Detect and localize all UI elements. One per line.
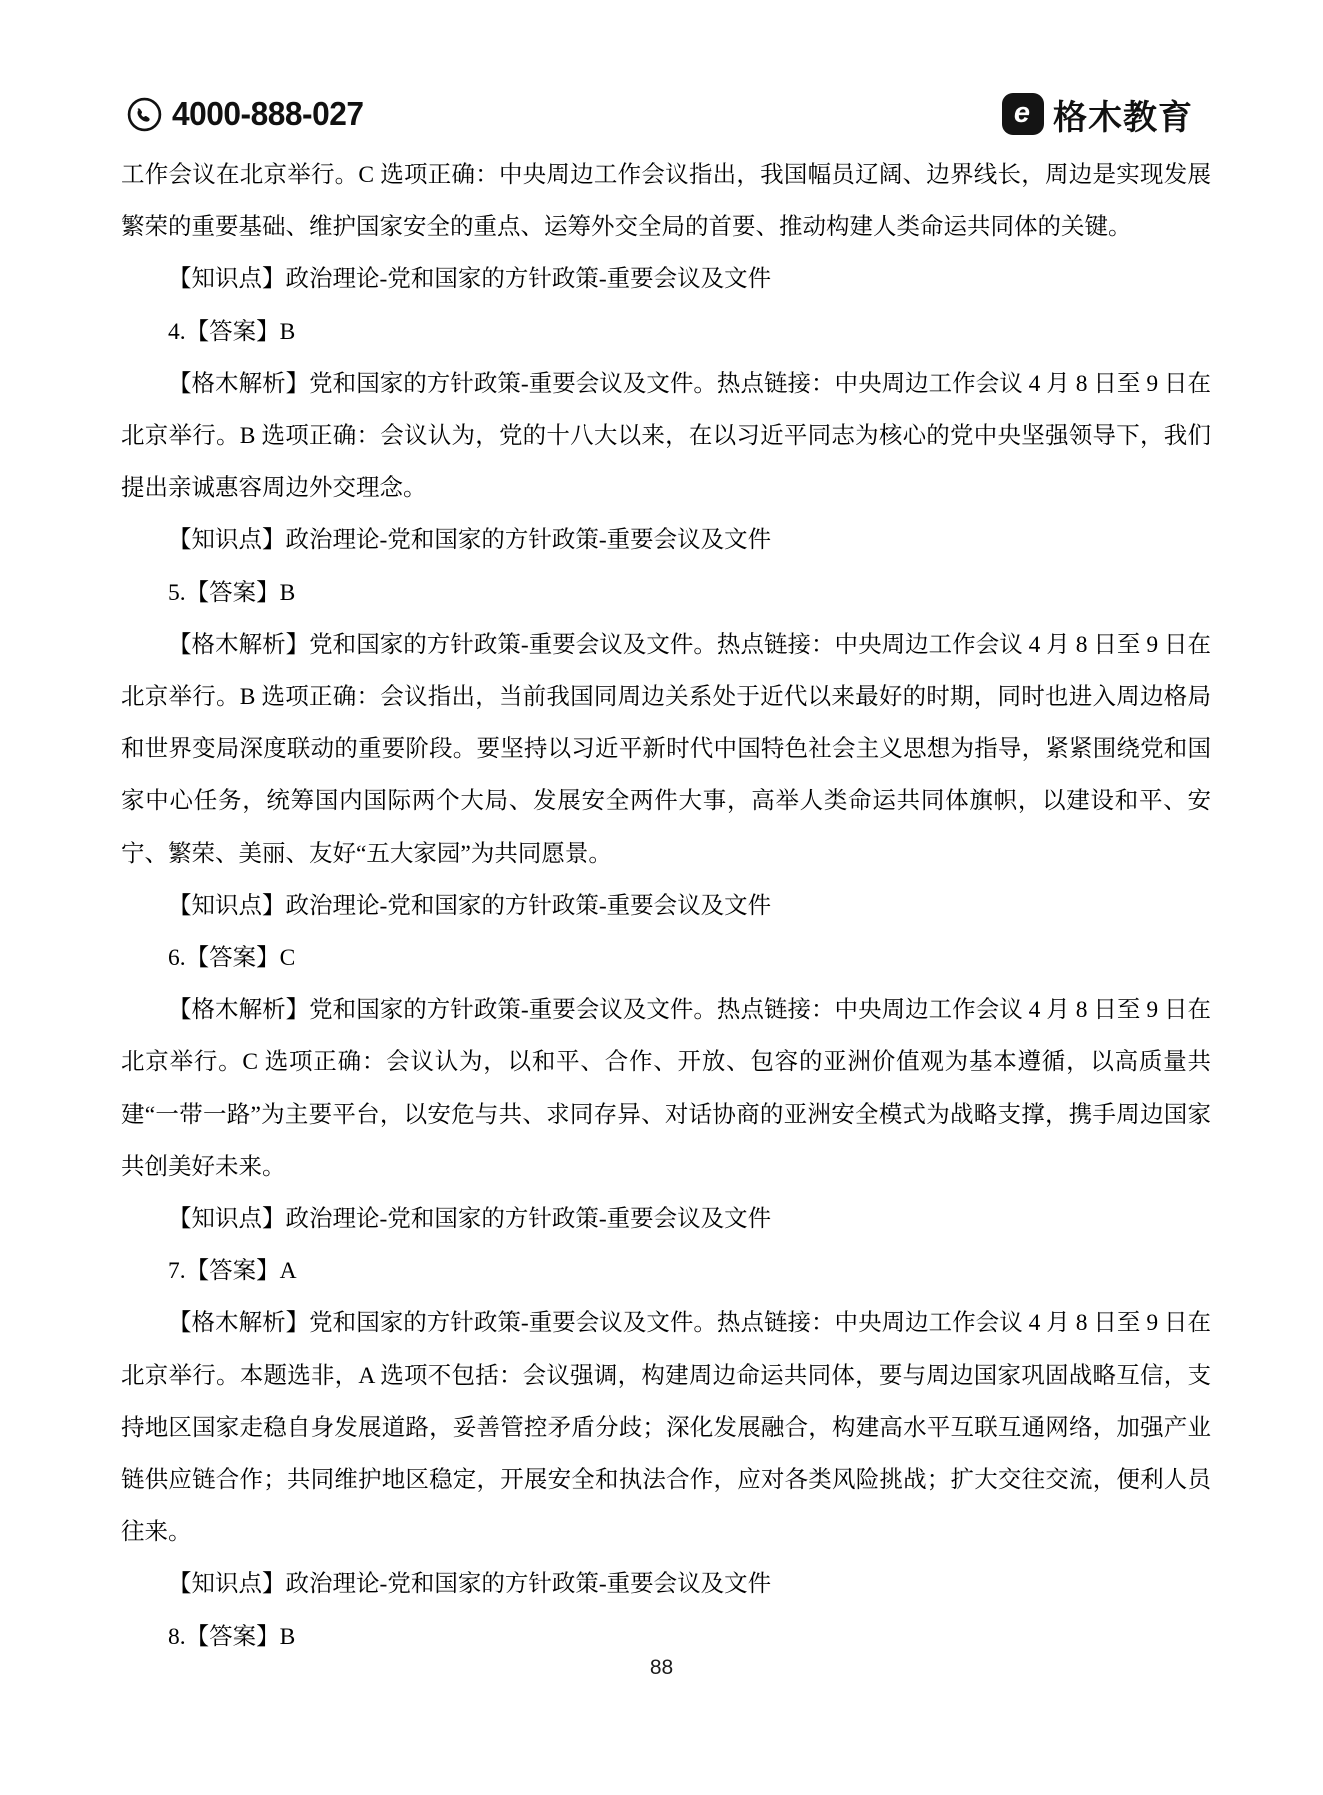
paragraph-knowledge-point: 【知识点】政治理论-党和国家的方针政策-重要会议及文件 [121, 1558, 1211, 1610]
paragraph-answer-7: 7.【答案】A [121, 1245, 1211, 1297]
document-page: 4000-888-027 e 格木教育 工作会议在北京举行。C 选项正确：中央周… [0, 0, 1323, 1795]
paragraph-knowledge-point: 【知识点】政治理论-党和国家的方针政策-重要会议及文件 [121, 1193, 1211, 1245]
paragraph-answer-4: 4.【答案】B [121, 306, 1211, 358]
paragraph-continuation: 工作会议在北京举行。C 选项正确：中央周边工作会议指出，我国幅员辽阔、边界线长，… [121, 149, 1211, 253]
paragraph-analysis-6: 【格木解析】党和国家的方针政策-重要会议及文件。热点链接：中央周边工作会议 4 … [121, 984, 1211, 1193]
phone-contact: 4000-888-027 [126, 95, 372, 133]
paragraph-knowledge-point: 【知识点】政治理论-党和国家的方针政策-重要会议及文件 [121, 514, 1211, 566]
paragraph-analysis-4: 【格木解析】党和国家的方针政策-重要会议及文件。热点链接：中央周边工作会议 4 … [121, 358, 1211, 515]
gemu-logo-icon: e [1002, 93, 1044, 135]
page-header: 4000-888-027 e 格木教育 [0, 90, 1323, 138]
brand-logo: e 格木教育 [1002, 90, 1193, 139]
phone-icon [126, 96, 163, 133]
paragraph-analysis-7: 【格木解析】党和国家的方针政策-重要会议及文件。热点链接：中央周边工作会议 4 … [121, 1297, 1211, 1558]
brand-name: 格木教育 [1053, 90, 1193, 139]
document-body: 工作会议在北京举行。C 选项正确：中央周边工作会议指出，我国幅员辽阔、边界线长，… [121, 149, 1211, 1663]
page-number: 88 [0, 1656, 1323, 1680]
paragraph-answer-5: 5.【答案】B [121, 567, 1211, 619]
paragraph-analysis-5: 【格木解析】党和国家的方针政策-重要会议及文件。热点链接：中央周边工作会议 4 … [121, 619, 1211, 880]
paragraph-knowledge-point: 【知识点】政治理论-党和国家的方针政策-重要会议及文件 [121, 253, 1211, 305]
paragraph-knowledge-point: 【知识点】政治理论-党和国家的方针政策-重要会议及文件 [121, 880, 1211, 932]
paragraph-answer-6: 6.【答案】C [121, 932, 1211, 984]
phone-number: 4000-888-027 [172, 95, 364, 133]
